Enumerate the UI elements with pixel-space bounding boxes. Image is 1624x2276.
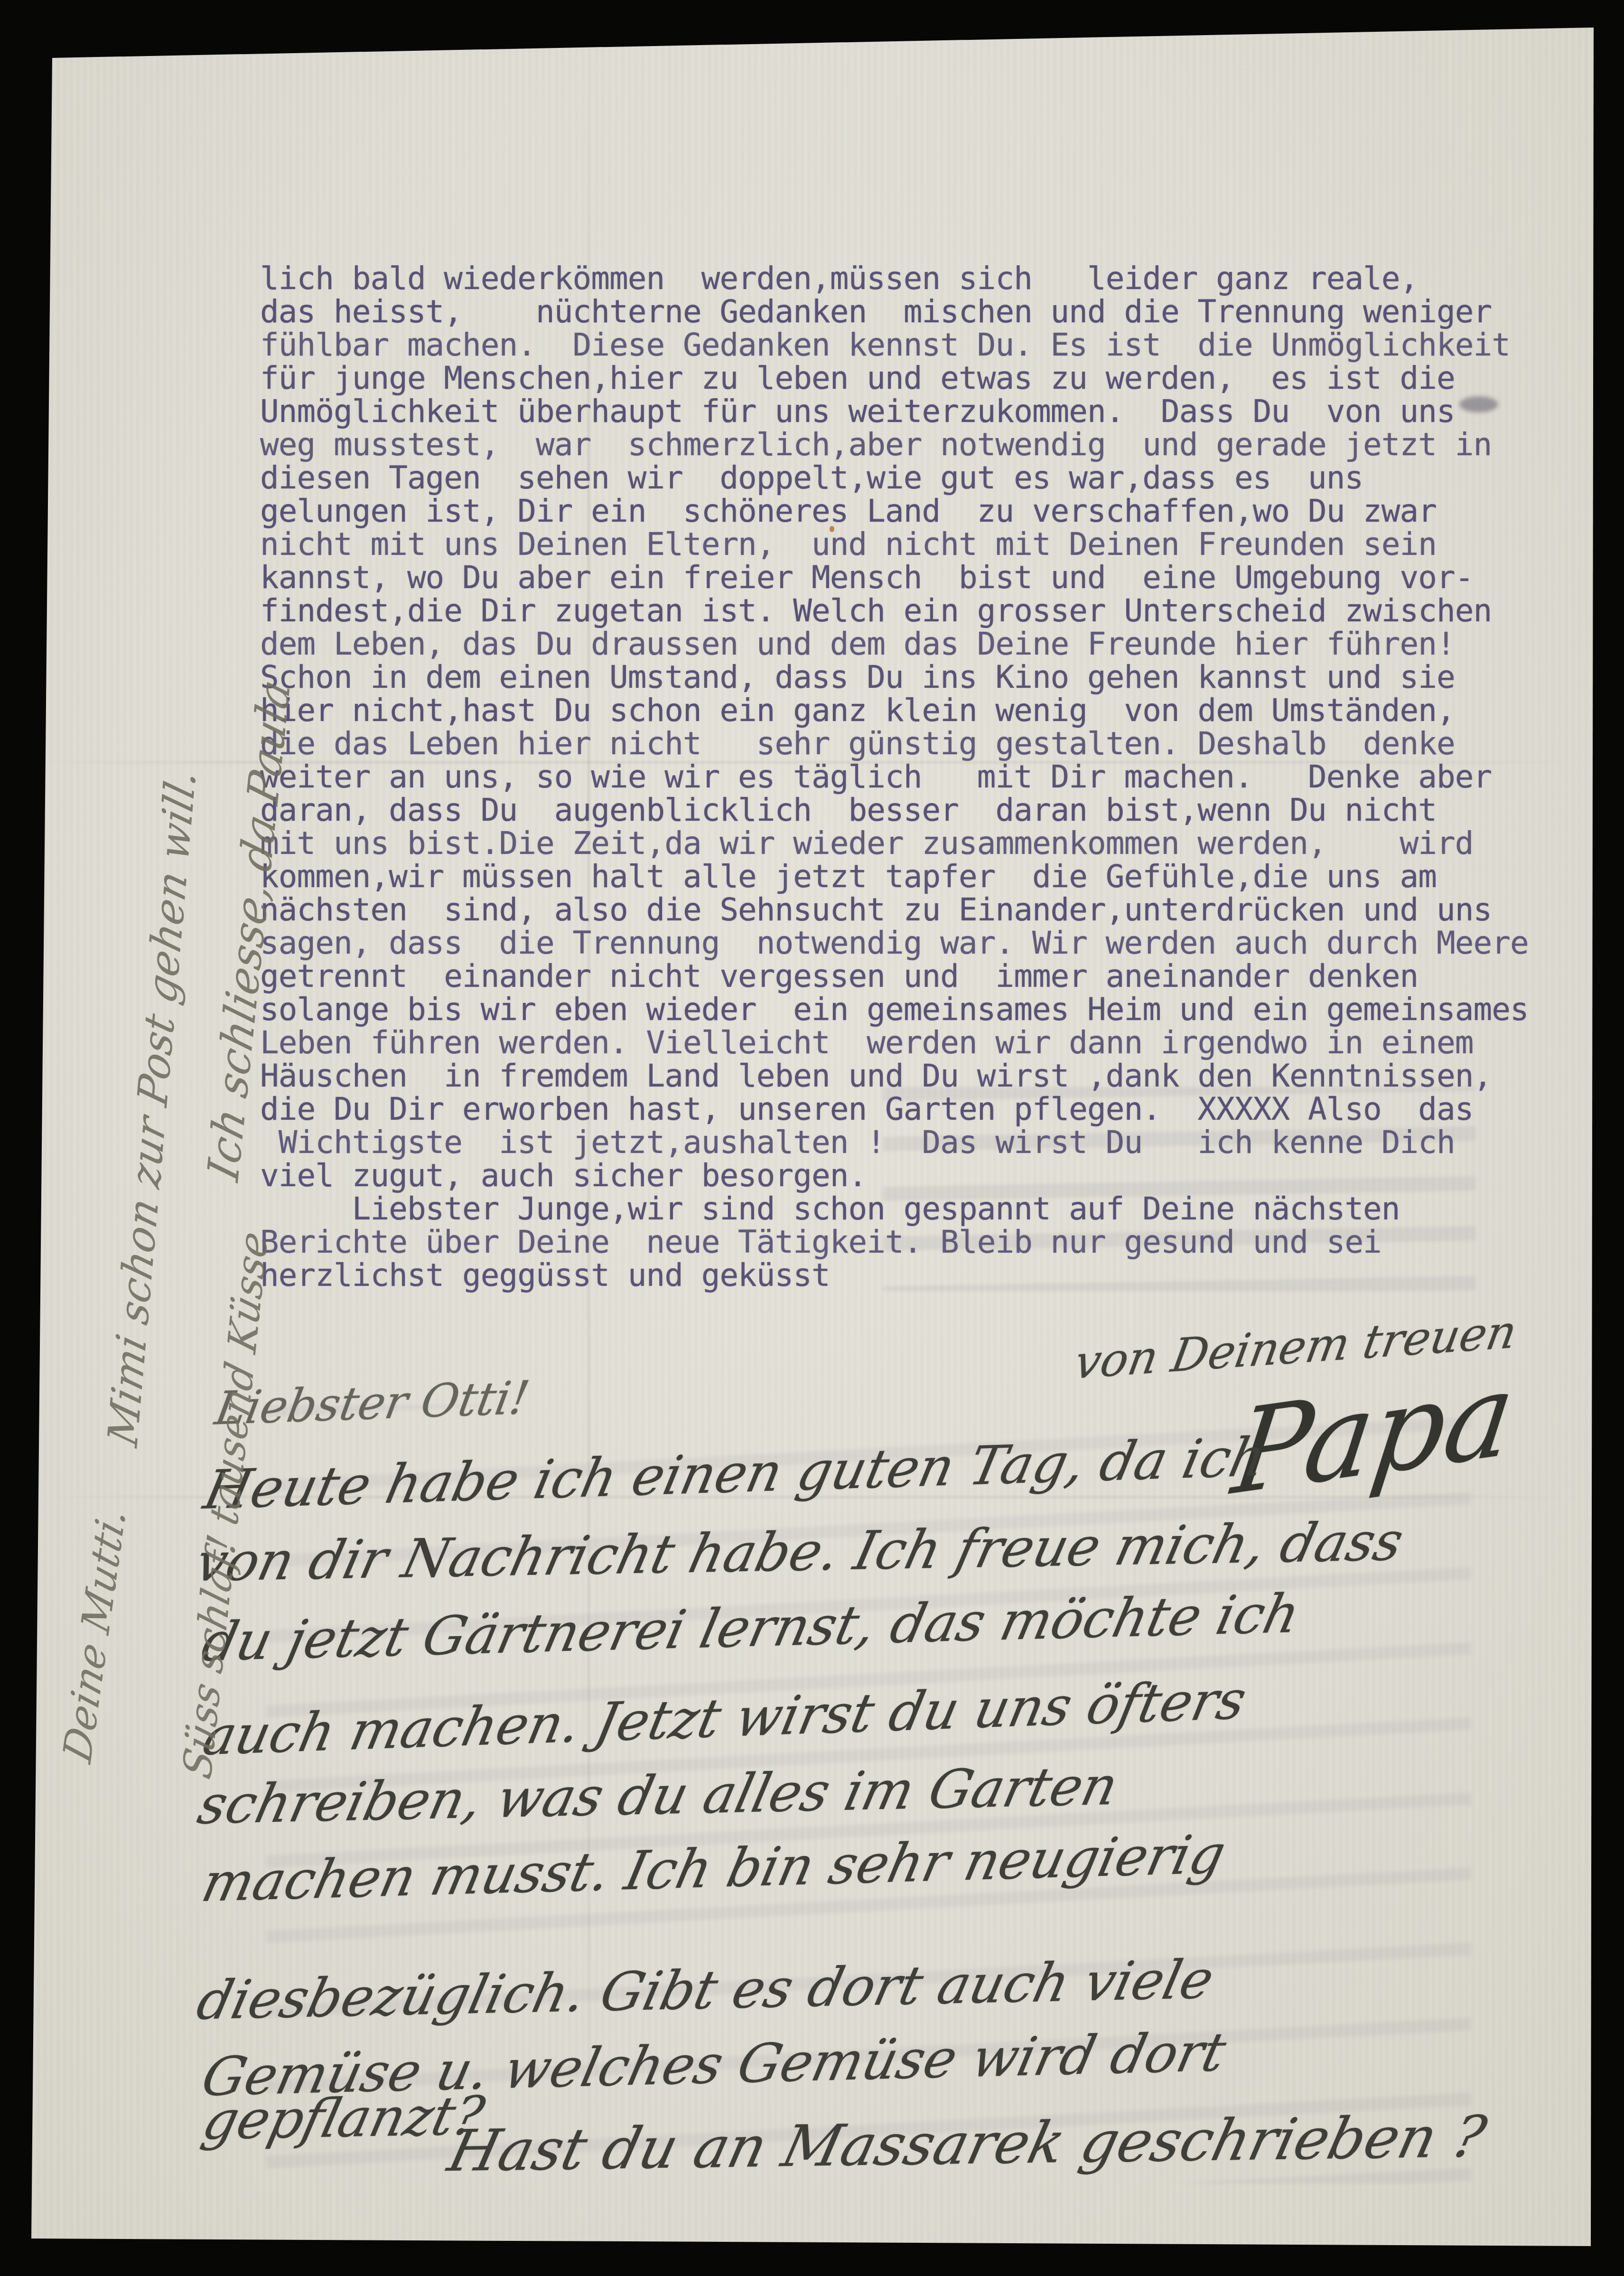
typed-line: fühlbar machen. Diese Gedanken kennst Du… — [260, 328, 1529, 362]
handwritten-line: du jetzt Gärtnerei lernst, das möchte ic… — [196, 1583, 1306, 1673]
handwritten-line: gepflanzt? — [197, 2085, 490, 2152]
typed-line: herzlichst geggüsst und geküsst — [260, 1259, 1529, 1292]
typed-line: viel zugut, auch sicher besorgen. — [260, 1159, 1529, 1192]
typed-line: Liebster Junge,wir sind schon gespannt a… — [260, 1192, 1529, 1226]
typed-line: sagen, dass die Trennung notwendig war. … — [260, 927, 1529, 960]
typed-line: die Du Dir erworben hast, unseren Garten… — [260, 1093, 1529, 1126]
typed-line: Wichtigste ist jetzt,aushalten ! Das wir… — [260, 1126, 1529, 1159]
typed-line: gelungen ist, Dir ein schöneres Land zu … — [260, 495, 1529, 528]
handwritten-line: schreiben, was du alles im Garten — [192, 1755, 1123, 1836]
typed-line: Häuschen in fremdem Land leben und Du wi… — [260, 1059, 1529, 1093]
typed-line: nicht mit uns Deinen Eltern, und nicht m… — [260, 528, 1529, 561]
typed-line: daran, dass Du augenblicklich besser dar… — [260, 794, 1529, 827]
typed-line: für junge Menschen,hier zu leben und etw… — [260, 362, 1529, 395]
ink-speck — [830, 526, 834, 532]
typed-line: kommen,wir müssen halt alle jetzt tapfer… — [260, 860, 1529, 893]
typed-line: hier nicht,hast Du schon ein ganz klein … — [260, 694, 1529, 727]
typed-line: nächsten sind, also die Sehnsucht zu Ein… — [260, 893, 1529, 927]
typed-line: mit uns bist.Die Zeit,da wir wieder zusa… — [260, 827, 1529, 860]
handwritten-line: Heute habe ich einen guten Tag, da ich — [198, 1426, 1271, 1521]
typed-line: findest,die Dir zugetan ist. Welch ein g… — [260, 594, 1529, 628]
typed-text-block: lich bald wiederkömmen werden,müssen sic… — [260, 262, 1529, 1292]
typed-line: Schon in dem einen Umstand, dass Du ins … — [260, 661, 1529, 694]
handwritten-line: auch machen. Jetzt wirst du uns öfters — [198, 1669, 1251, 1768]
handwritten-line: von dir Nachricht habe. Ich freue mich, … — [190, 1511, 1409, 1594]
handwritten-line: Hast du an Massarek geschrieben ? — [442, 2104, 1492, 2185]
letter-page: lich bald wiederkömmen werden,müssen sic… — [0, 0, 1624, 2276]
typed-line: Leben führen werden. Vielleicht werden w… — [260, 1026, 1529, 1059]
handwritten-line: diesbezüglich. Gibt es dort auch viele — [191, 1948, 1219, 2032]
typed-line: dem Leben, das Du draussen und dem das D… — [260, 628, 1529, 661]
typed-line: diesen Tagen sehen wir doppelt,wie gut e… — [260, 461, 1529, 495]
typed-line: kannst, wo Du aber ein freier Mensch bis… — [260, 561, 1529, 594]
typed-line: Unmöglichkeit überhaupt für uns weiterzu… — [260, 395, 1529, 428]
typed-line: weg musstest, war schmerzlich,aber notwe… — [260, 428, 1529, 461]
typed-line: lich bald wiederkömmen werden,müssen sic… — [260, 262, 1529, 295]
typed-line: getrennt einander nicht vergessen und im… — [260, 960, 1529, 993]
typed-line: die das Leben hier nicht sehr günstig ge… — [260, 727, 1529, 760]
margin-note-line: Deine Mutti. — [55, 1501, 135, 1768]
typed-line: weiter an uns, so wie wir es täglich mit… — [260, 760, 1529, 794]
margin-note-line: Mimi schon zur Post gehen will. — [98, 764, 205, 1451]
typed-line: Berichte über Deine neue Tätigkeit. Blei… — [260, 1226, 1529, 1259]
ink-smudge — [1459, 396, 1498, 412]
typed-line: das heisst, nüchterne Gedanken mischen u… — [260, 295, 1529, 328]
handwritten-line: machen musst. Ich bin sehr neugierig — [196, 1824, 1231, 1914]
typed-line: solange bis wir eben wieder ein gemeinsa… — [260, 993, 1529, 1026]
scan-background: lich bald wiederkömmen werden,müssen sic… — [0, 0, 1624, 2276]
